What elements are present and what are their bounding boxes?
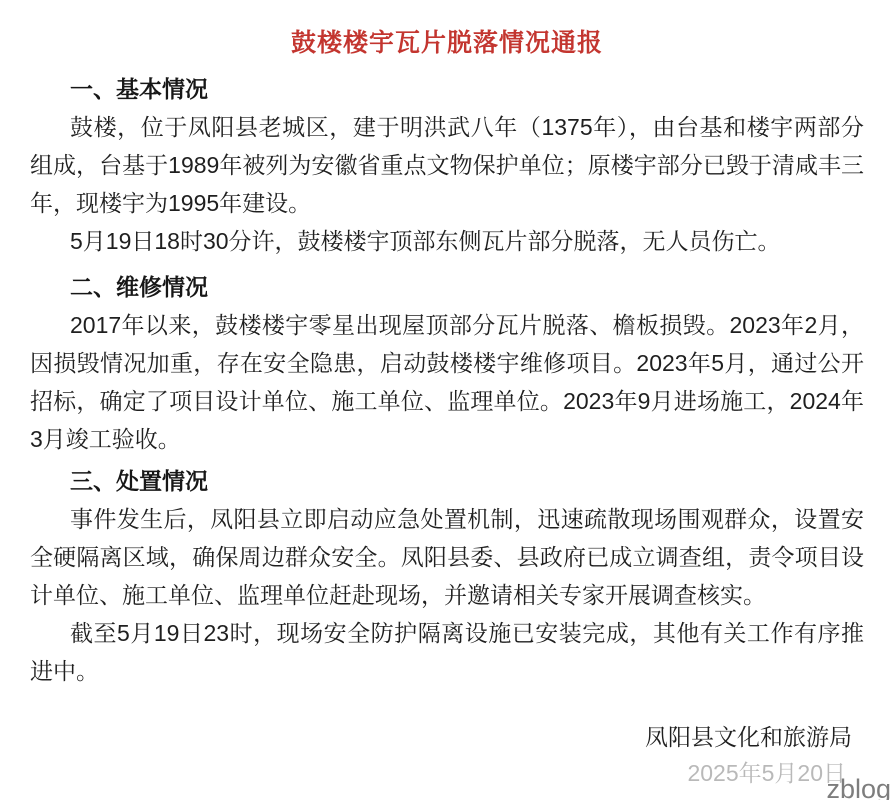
notice-document: 鼓楼楼宇瓦片脱落情况通报 一、基本情况 鼓楼，位于凤阳县老城区，建于明洪武八年（…: [0, 0, 894, 800]
section-heading-disposal-situation: 三、处置情况: [30, 462, 864, 500]
document-date: 2025年5月20日: [30, 756, 846, 790]
paragraph: 事件发生后，凤阳县立即启动应急处置机制，迅速疏散现场围观群众，设置安全硬隔离区域…: [30, 500, 864, 614]
section-heading-repair-situation: 二、维修情况: [30, 268, 864, 306]
paragraph: 5月19日18时30分许，鼓楼楼宇顶部东侧瓦片部分脱落，无人员伤亡。: [30, 222, 864, 260]
site-watermark: zblog: [826, 776, 891, 800]
section-heading-basic-situation: 一、基本情况: [30, 70, 864, 108]
document-title: 鼓楼楼宇瓦片脱落情况通报: [30, 24, 864, 62]
signature-agency: 凤阳县文化和旅游局: [30, 718, 852, 756]
paragraph: 鼓楼，位于凤阳县老城区，建于明洪武八年（1375年），由台基和楼宇两部分组成，台…: [30, 108, 864, 222]
paragraph: 截至5月19日23时，现场安全防护隔离设施已安装完成，其他有关工作有序推进中。: [30, 614, 864, 690]
paragraph: 2017年以来，鼓楼楼宇零星出现屋顶部分瓦片脱落、檐板损毁。2023年2月，因损…: [30, 306, 864, 458]
